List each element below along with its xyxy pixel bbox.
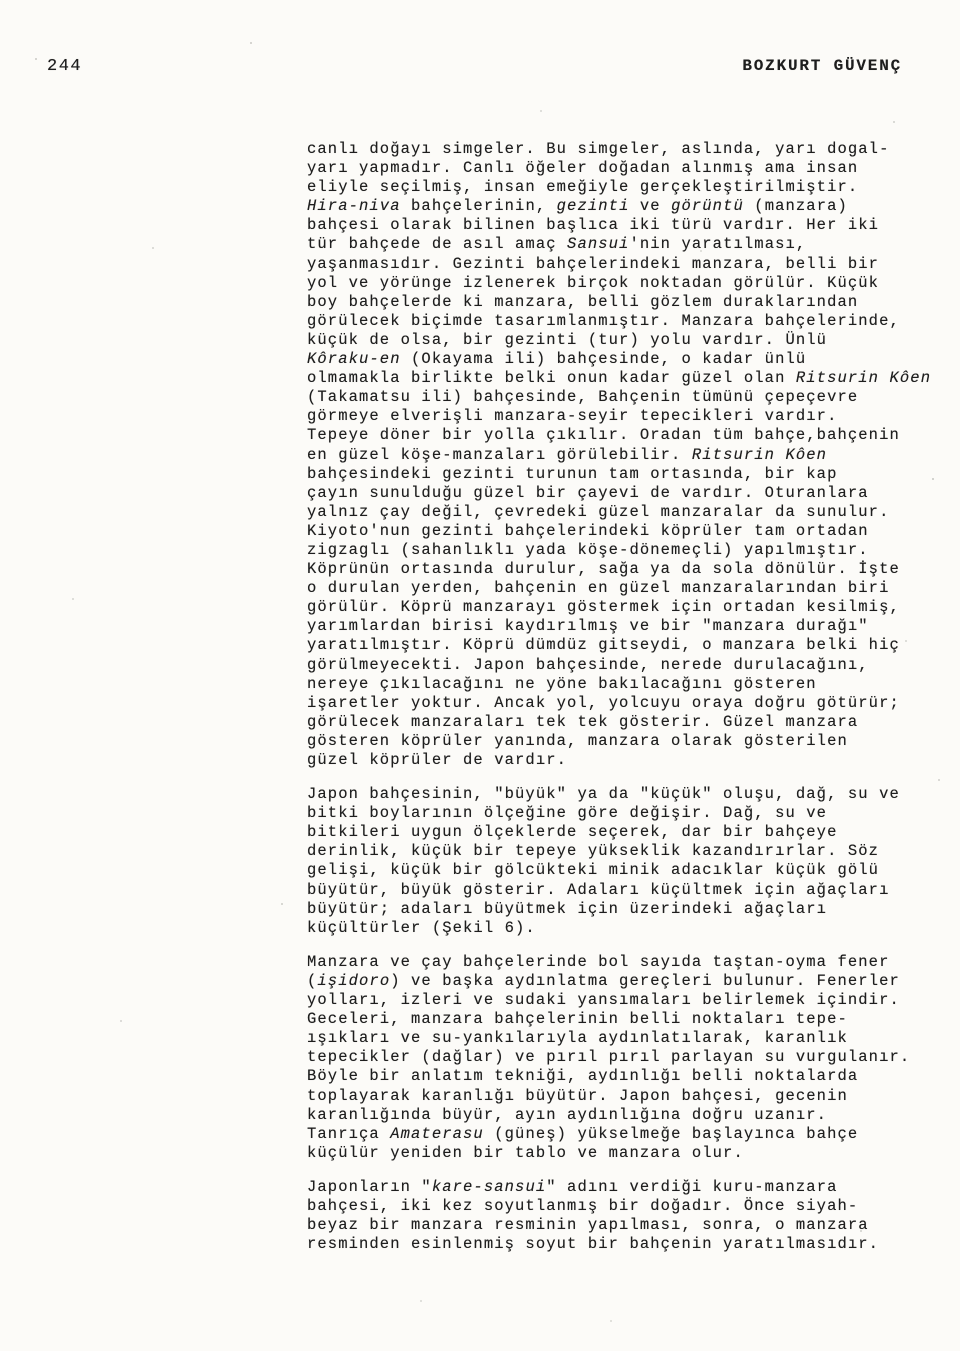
text-run: Böyle bir anlatım tekniği, aydınlığı bel… — [307, 1067, 858, 1085]
text-run: canlı doğayı simgeler. Bu simgeler, aslı… — [307, 140, 889, 158]
text-run: tür bahçede de asıl amaç — [307, 235, 567, 253]
text-run: tepecikler (dağlar) ve pırıl pırıl parla… — [307, 1048, 910, 1066]
text-run: ( — [307, 972, 317, 990]
italic-term: Ritsurin Kôen — [692, 446, 827, 464]
text-run: büyütür; adaları büyütmek için üzerindek… — [307, 900, 827, 918]
page-number: 244 — [47, 57, 82, 76]
text-run: küçültürler (Şekil 6). — [307, 919, 536, 937]
text-run: Manzara ve çay bahçelerinde bol sayıda t… — [307, 953, 889, 971]
text-run: görülecek manzaraları tek tek gösterir. … — [307, 713, 858, 731]
italic-term: Ritsurin Kôen — [796, 369, 931, 387]
italic-term: işidoro — [317, 972, 390, 990]
text-run: o durulan yerden, bahçenin en güzel manz… — [307, 579, 889, 597]
body-text: canlı doğayı simgeler. Bu simgeler, aslı… — [307, 140, 927, 1269]
text-run: güzel köprüler de vardır. — [307, 751, 567, 769]
text-run: Japonların " — [307, 1178, 432, 1196]
text-run: ve — [629, 197, 671, 215]
paragraph: Manzara ve çay bahçelerinde bol sayıda t… — [307, 953, 927, 1163]
text-run: bahçesi, iki kez soyutlanmış bir doğadır… — [307, 1197, 858, 1215]
text-run: bahçesi olarak bilinen başlıca iki türü … — [307, 216, 879, 234]
italic-term: Sansui — [567, 235, 629, 253]
text-run: yalnız çay değil, çevredeki güzel manzar… — [307, 503, 889, 521]
italic-term: gezinti — [557, 197, 630, 215]
text-run: Köprünün ortasında durulur, sağa ya da s… — [307, 560, 900, 578]
italic-term: Amaterasu — [390, 1125, 484, 1143]
text-run: işaretler yoktur. Ancak yol, yolcuyu ora… — [307, 694, 900, 712]
paragraph: canlı doğayı simgeler. Bu simgeler, aslı… — [307, 140, 927, 770]
document-page: 244 BOZKURT GÜVENÇ canlı doğayı simgeler… — [0, 0, 960, 1351]
text-run: Geceleri, manzara bahçelerinin belli nok… — [307, 1010, 848, 1028]
text-run: Japon bahçesinin, "büyük" ya da "küçük" … — [307, 785, 900, 803]
text-run: bahçesindeki gezinti turunun tam ortasın… — [307, 465, 837, 483]
text-run: zigzaglı (sahanlıklı yada köşe-dönemeçli… — [307, 541, 869, 559]
text-run: (manzara) — [744, 197, 848, 215]
text-run: eliyle seçilmiş, insan emeğiyle gerçekle… — [307, 178, 858, 196]
text-run: ışıkları ve su-yankılarıyla aydınlatılar… — [307, 1029, 848, 1047]
italic-term: Kôraku-en — [307, 350, 401, 368]
text-run: bitki boylarının ölçeğine göre değişir. … — [307, 804, 827, 822]
text-run: bitkileri uygun ölçeklerde seçerek, dar … — [307, 823, 837, 841]
text-run: Kiyoto'nun gezinti bahçelerindeki köprül… — [307, 522, 869, 540]
text-run: yolları, izleri ve sudaki yansımaları be… — [307, 991, 900, 1009]
text-run: büyütür, büyük gösterir. Adaları küçültm… — [307, 881, 889, 899]
text-run: Tanrıça — [307, 1125, 390, 1143]
text-run: küçük de olsa, bir gezinti (tur) yolu va… — [307, 331, 827, 349]
text-run: yol ve yörünge izlenerek birçok noktadan… — [307, 274, 879, 292]
text-run: görmeye elverişli manzara-seyir tepecikl… — [307, 407, 837, 425]
text-run: boy bahçelerde ki manzara, belli gözlem … — [307, 293, 858, 311]
text-run: yarı yapmadır. Canlı öğeler doğadan alın… — [307, 159, 858, 177]
running-head: BOZKURT GÜVENÇ — [742, 57, 902, 75]
text-run: görülecek biçimde tasarımlanmıştır. Manz… — [307, 312, 900, 330]
text-run: küçülür yeniden bir tablo ve manzara olu… — [307, 1144, 744, 1162]
text-run: olmamakla birlikte belki onun kadar güze… — [307, 369, 796, 387]
text-run: derinlik, küçük bir tepeye yükseklik kaz… — [307, 842, 879, 860]
text-run: karanlığında büyür, ayın aydınlığına doğ… — [307, 1106, 827, 1124]
text-run: 'nin yaratılması, — [629, 235, 806, 253]
italic-term: görüntü — [671, 197, 744, 215]
italic-term: Hira-niva — [307, 197, 401, 215]
scan-noise — [0, 0, 2, 2]
text-run: yaratılmıştır. Köprü dümdüz gitseydi, o … — [307, 636, 900, 654]
italic-term: kare-sansui — [432, 1178, 546, 1196]
text-run: çayın sunulduğu güzel bir çayevi de vard… — [307, 484, 869, 502]
text-run: Tepeye döner bir yolla çıkılır. Oradan t… — [307, 426, 900, 444]
text-run: (Takamatsu ili) bahçesinde, Bahçenin tüm… — [307, 388, 858, 406]
paragraph: Japon bahçesinin, "büyük" ya da "küçük" … — [307, 785, 927, 938]
text-run: görülmeyecekti. Japon bahçesinde, nerede… — [307, 656, 869, 674]
text-run: gösteren köprüler yanında, manzara olara… — [307, 732, 848, 750]
text-run: (Okayama ili) bahçesinde, o kadar ünlü — [401, 350, 807, 368]
text-run: bahçelerinin, — [401, 197, 557, 215]
text-run: en güzel köşe-manzaları görülebilir. — [307, 446, 692, 464]
text-run: görülür. Köprü manzarayı göstermek için … — [307, 598, 900, 616]
text-run: toplayarak karanlığı büyütür. Japon bahç… — [307, 1087, 848, 1105]
text-run: beyaz bir manzara resminin yapılması, so… — [307, 1216, 869, 1234]
text-run: ) ve başka aydınlatma gereçleri bulunur.… — [390, 972, 900, 990]
text-run: yarımlardan birisi kaydırılmış ve bir "m… — [307, 617, 869, 635]
text-run: (güneş) yükselmeğe başlayınca bahçe — [484, 1125, 858, 1143]
text-run: resminden esinlenmiş soyut bir bahçenin … — [307, 1235, 879, 1253]
text-run: gelişi, küçük bir gölcükteki minik adacı… — [307, 861, 879, 879]
paragraph: Japonların "kare-sansui" adını verdiği k… — [307, 1178, 927, 1254]
text-run: yaşanmasıdır. Gezinti bahçelerindeki man… — [307, 255, 879, 273]
text-run: nereye çıkılacağını ne yöne bakılacağını… — [307, 675, 817, 693]
text-run: " adını verdiği kuru-manzara — [546, 1178, 837, 1196]
